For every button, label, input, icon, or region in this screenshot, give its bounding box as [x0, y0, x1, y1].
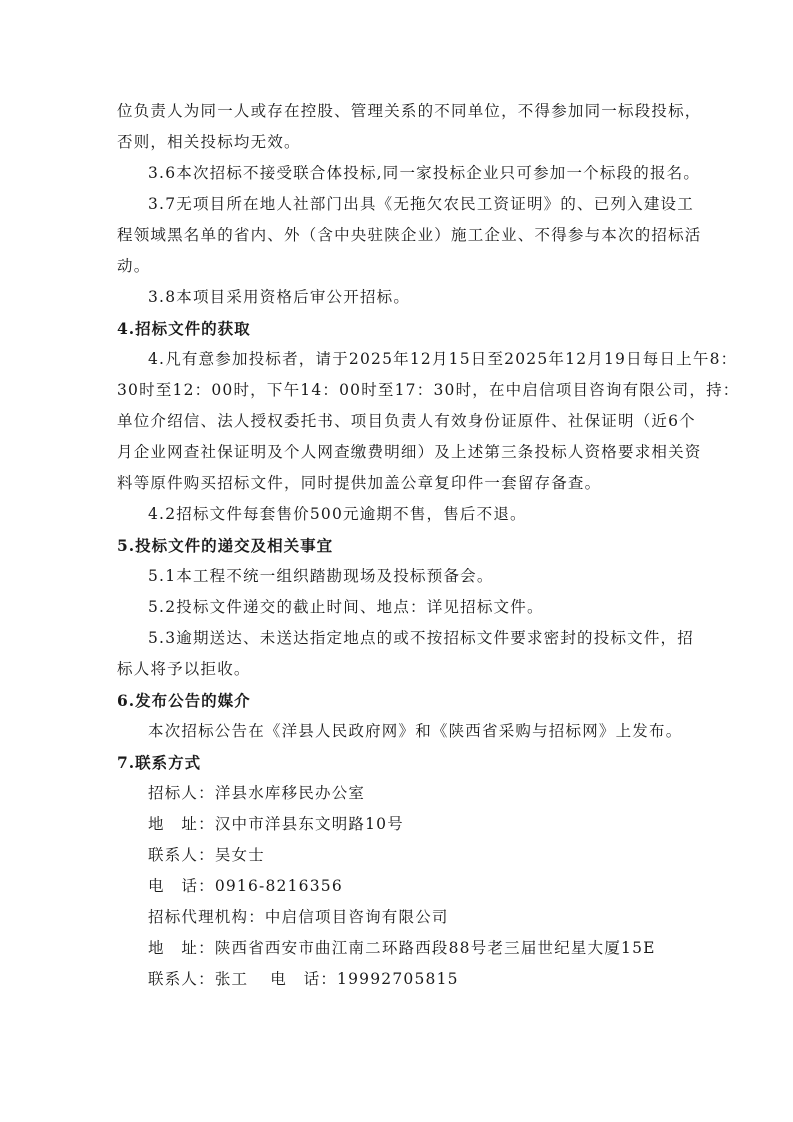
paragraph-line: 3.6本次招标不接受联合体投标,同一家投标企业只可参加一个标段的报名。	[117, 158, 679, 189]
paragraph-line: 4.凡有意参加投标者，请于2025年12月15日至2025年12月19日每日上午…	[117, 344, 679, 375]
tenderer-name: 洋县水库移民办公室	[215, 784, 365, 802]
tenderer-contact-line: 联系人：吴女士	[117, 840, 679, 871]
section-heading: 4.招标文件的获取	[117, 313, 679, 344]
tenderer-address-line: 地 址：汉中市洋县东文明路10号	[117, 809, 679, 840]
paragraph-line: 4.2招标文件每套售价500元逾期不售，售后不退。	[117, 499, 679, 530]
paragraph-line: 5.2投标文件递交的截止时间、地点：详见招标文件。	[117, 592, 679, 623]
tenderer-phone-label: 电 话：	[148, 877, 215, 895]
tenderer-phone: 0916-8216356	[215, 877, 343, 895]
paragraph-line: 3.7无项目所在地人社部门出具《无拖欠农民工资证明》的、已列入建设工	[117, 189, 679, 220]
section-heading: 5.投标文件的递交及相关事宜	[117, 530, 679, 561]
paragraph-line: 标人将予以拒收。	[117, 654, 679, 685]
tenderer-contact-label: 联系人：	[148, 846, 215, 864]
paragraph-line: 3.8本项目采用资格后审公开招标。	[117, 282, 679, 313]
paragraph-line: 本次招标公告在《洋县人民政府网》和《陕西省采购与招标网》上发布。	[117, 716, 679, 747]
paragraph-line: 否则，相关投标均无效。	[117, 127, 679, 158]
section-heading: 7.联系方式	[117, 747, 679, 778]
agency-contact: 张工	[215, 970, 248, 988]
paragraph-line: 5.3逾期送达、未送达指定地点的或不按招标文件要求密封的投标文件，招	[117, 623, 679, 654]
agency-contact-label: 联系人：	[148, 970, 215, 988]
tenderer-line: 招标人：洋县水库移民办公室	[117, 778, 679, 809]
paragraph-line: 单位介绍信、法人授权委托书、项目负责人有效身份证原件、社保证明（近6个	[117, 406, 679, 437]
agency-address-label: 地 址：	[148, 939, 215, 957]
agency-line: 招标代理机构：中启信项目咨询有限公司	[117, 902, 679, 933]
agency-phone-label: 电 话：	[270, 970, 337, 988]
paragraph-line: 30时至12：00时，下午14：00时至17：30时，在中启信项目咨询有限公司，…	[117, 375, 679, 406]
tenderer-phone-line: 电 话：0916-8216356	[117, 871, 679, 902]
agency-name: 中启信项目咨询有限公司	[265, 908, 449, 926]
paragraph-line: 动。	[117, 251, 679, 282]
agency-address-line: 地 址：陕西省西安市曲江南二环路西段88号老三届世纪星大厦15E	[117, 933, 679, 964]
tenderer-label: 招标人：	[148, 784, 215, 802]
paragraph-line: 月企业网查社保证明及个人网查缴费明细）及上述第三条投标人资格要求相关资	[117, 437, 679, 468]
paragraph-line: 料等原件购买招标文件，同时提供加盖公章复印件一套留存备查。	[117, 468, 679, 499]
paragraph-line: 程领域黑名单的省内、外（含中央驻陕企业）施工企业、不得参与本次的招标活	[117, 220, 679, 251]
agency-phone: 19992705815	[337, 970, 459, 988]
tenderer-address: 汉中市洋县东文明路10号	[215, 815, 404, 833]
section-heading: 6.发布公告的媒介	[117, 685, 679, 716]
document-page: 位负责人为同一人或存在控股、管理关系的不同单位，不得参加同一标段投标，否则，相关…	[117, 96, 679, 995]
paragraph-line: 位负责人为同一人或存在控股、管理关系的不同单位，不得参加同一标段投标，	[117, 96, 679, 127]
tenderer-address-label: 地 址：	[148, 815, 215, 833]
agency-address: 陕西省西安市曲江南二环路西段88号老三届世纪星大厦15E	[215, 939, 656, 957]
document-body: 位负责人为同一人或存在控股、管理关系的不同单位，不得参加同一标段投标，否则，相关…	[117, 96, 679, 778]
paragraph-line: 5.1本工程不统一组织踏勘现场及投标预备会。	[117, 561, 679, 592]
agency-label: 招标代理机构：	[148, 908, 265, 926]
tenderer-contact: 吴女士	[215, 846, 265, 864]
agency-contact-line: 联系人：张工电 话：19992705815	[117, 964, 679, 995]
